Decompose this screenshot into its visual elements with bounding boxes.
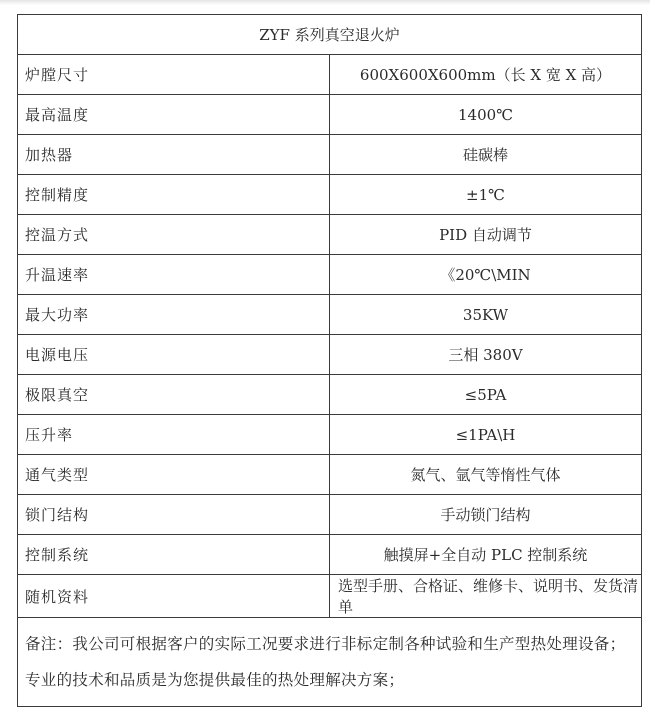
row-label: 炉膛尺寸 — [18, 55, 330, 95]
table-row: 锁门结构 手动锁门结构 — [18, 495, 642, 535]
note-row: 备注：我公司可根据客户的实际工况要求进行非标定制各种试验和生产型热处理设备；专业… — [18, 618, 642, 707]
note-text: 备注：我公司可根据客户的实际工况要求进行非标定制各种试验和生产型热处理设备；专业… — [18, 618, 642, 707]
table-row: 随机资料 选型手册、合格证、维修卡、说明书、发货清单 — [18, 575, 642, 618]
table-row: 炉膛尺寸 600X600X600mm（长 X 宽 X 高） — [18, 55, 642, 95]
row-label: 随机资料 — [18, 575, 330, 618]
row-value: ≤5PA — [330, 375, 642, 415]
row-label: 加热器 — [18, 135, 330, 175]
table-row: 升温速率 《20℃\MIN — [18, 255, 642, 295]
row-label: 控制精度 — [18, 175, 330, 215]
table-row: 极限真空 ≤5PA — [18, 375, 642, 415]
title-row: ZYF 系列真空退火炉 — [18, 15, 642, 55]
row-value: 35KW — [330, 295, 642, 335]
row-value: 触摸屏+全自动 PLC 控制系统 — [330, 535, 642, 575]
row-value: 600X600X600mm（长 X 宽 X 高） — [330, 55, 642, 95]
row-value: 1400℃ — [330, 95, 642, 135]
table-row: 加热器 硅碳棒 — [18, 135, 642, 175]
row-label: 升温速率 — [18, 255, 330, 295]
row-label: 通气类型 — [18, 455, 330, 495]
row-value: 硅碳棒 — [330, 135, 642, 175]
row-label: 压升率 — [18, 415, 330, 455]
table-row: 电源电压 三相 380V — [18, 335, 642, 375]
row-value: ≤1PA\H — [330, 415, 642, 455]
table-row: 最大功率 35KW — [18, 295, 642, 335]
row-label: 控温方式 — [18, 215, 330, 255]
top-shadow — [0, 0, 650, 5]
row-value: 三相 380V — [330, 335, 642, 375]
table-title: ZYF 系列真空退火炉 — [18, 15, 642, 55]
row-label: 最高温度 — [18, 95, 330, 135]
row-value: ±1℃ — [330, 175, 642, 215]
table-row: 通气类型 氮气、氩气等惰性气体 — [18, 455, 642, 495]
table-row: 控温方式 PID 自动调节 — [18, 215, 642, 255]
row-label: 极限真空 — [18, 375, 330, 415]
row-value: 氮气、氩气等惰性气体 — [330, 455, 642, 495]
table-row: 控制系统 触摸屏+全自动 PLC 控制系统 — [18, 535, 642, 575]
row-label: 锁门结构 — [18, 495, 330, 535]
row-label: 最大功率 — [18, 295, 330, 335]
row-label: 控制系统 — [18, 535, 330, 575]
table-row: 控制精度 ±1℃ — [18, 175, 642, 215]
spec-table: ZYF 系列真空退火炉 炉膛尺寸 600X600X600mm（长 X 宽 X 高… — [17, 14, 642, 707]
row-label: 电源电压 — [18, 335, 330, 375]
table-row: 压升率 ≤1PA\H — [18, 415, 642, 455]
row-value: 选型手册、合格证、维修卡、说明书、发货清单 — [330, 575, 642, 618]
row-value: 《20℃\MIN — [330, 255, 642, 295]
row-value: PID 自动调节 — [330, 215, 642, 255]
table-row: 最高温度 1400℃ — [18, 95, 642, 135]
row-value: 手动锁门结构 — [330, 495, 642, 535]
